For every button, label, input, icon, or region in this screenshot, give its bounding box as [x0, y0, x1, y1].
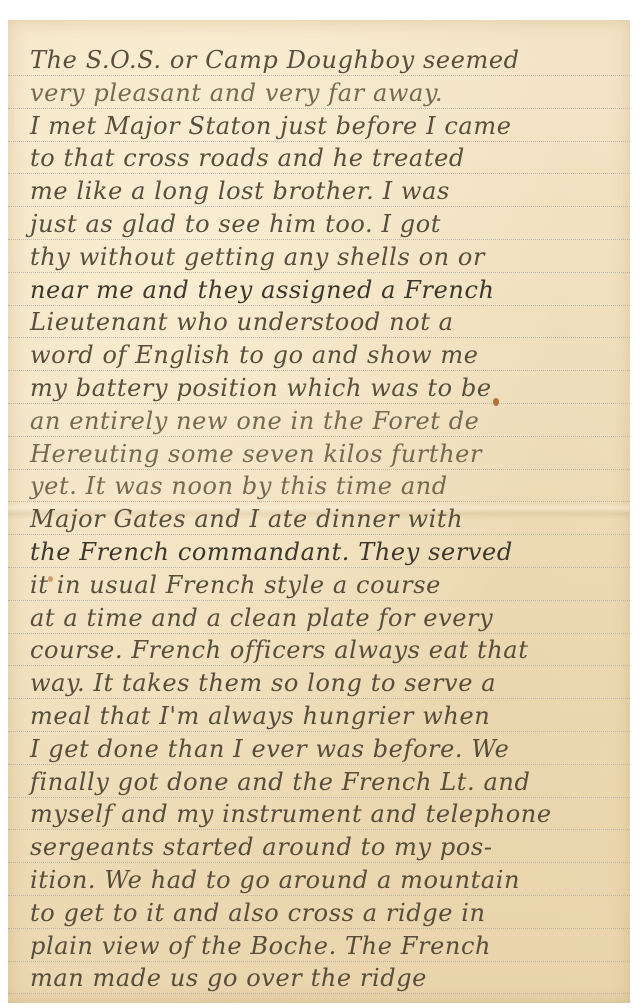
- handwritten-line: just as glad to see him too. I got: [30, 208, 612, 244]
- handwritten-line: it in usual French style a course: [30, 569, 612, 605]
- handwritten-line: yet. It was noon by this time and: [30, 470, 612, 506]
- handwritten-line: thy without getting any shells on or: [30, 241, 612, 277]
- handwritten-line: an entirely new one in the Foret de: [30, 405, 612, 441]
- handwritten-line: course. French officers always eat that: [30, 634, 612, 670]
- handwritten-line: I get done than I ever was before. We: [30, 733, 612, 769]
- handwritten-line: plain view of the Boche. The French: [30, 930, 612, 966]
- handwritten-line: finally got done and the French Lt. and: [30, 766, 612, 802]
- letter-page: The S.O.S. or Camp Doughboy seemedvery p…: [8, 20, 630, 1003]
- handwritten-line: way. It takes them so long to serve a: [30, 667, 612, 703]
- handwritten-line: to get to it and also cross a ridge in: [30, 897, 612, 933]
- handwritten-line: very pleasant and very far away.: [30, 77, 612, 113]
- handwritten-line: me like a long lost brother. I was: [30, 175, 612, 211]
- handwritten-line: to that cross roads and he treated: [30, 142, 612, 178]
- handwritten-line: Hereuting some seven kilos further: [30, 438, 612, 474]
- handwritten-line: sergeants started around to my pos-: [30, 831, 612, 867]
- handwritten-line: meal that I'm always hungrier when: [30, 700, 612, 736]
- handwritten-line: the French commandant. They served: [30, 536, 612, 572]
- handwritten-line: at a time and a clean plate for every: [30, 602, 612, 638]
- handwritten-line: Lieutenant who understood not a: [30, 306, 612, 342]
- handwritten-line: myself and my instrument and telephone: [30, 798, 612, 834]
- handwritten-line: I met Major Staton just before I came: [30, 110, 612, 146]
- handwritten-line: Major Gates and I ate dinner with: [30, 503, 612, 539]
- handwritten-line: ition. We had to go around a mountain: [30, 864, 612, 900]
- handwritten-line: The S.O.S. or Camp Doughboy seemed: [30, 44, 612, 80]
- handwritten-line: my battery position which was to be: [30, 372, 612, 408]
- handwritten-line: word of English to go and show me: [30, 339, 612, 375]
- handwritten-line: near me and they assigned a French: [30, 274, 612, 310]
- handwritten-line: man made us go over the ridge: [30, 962, 612, 998]
